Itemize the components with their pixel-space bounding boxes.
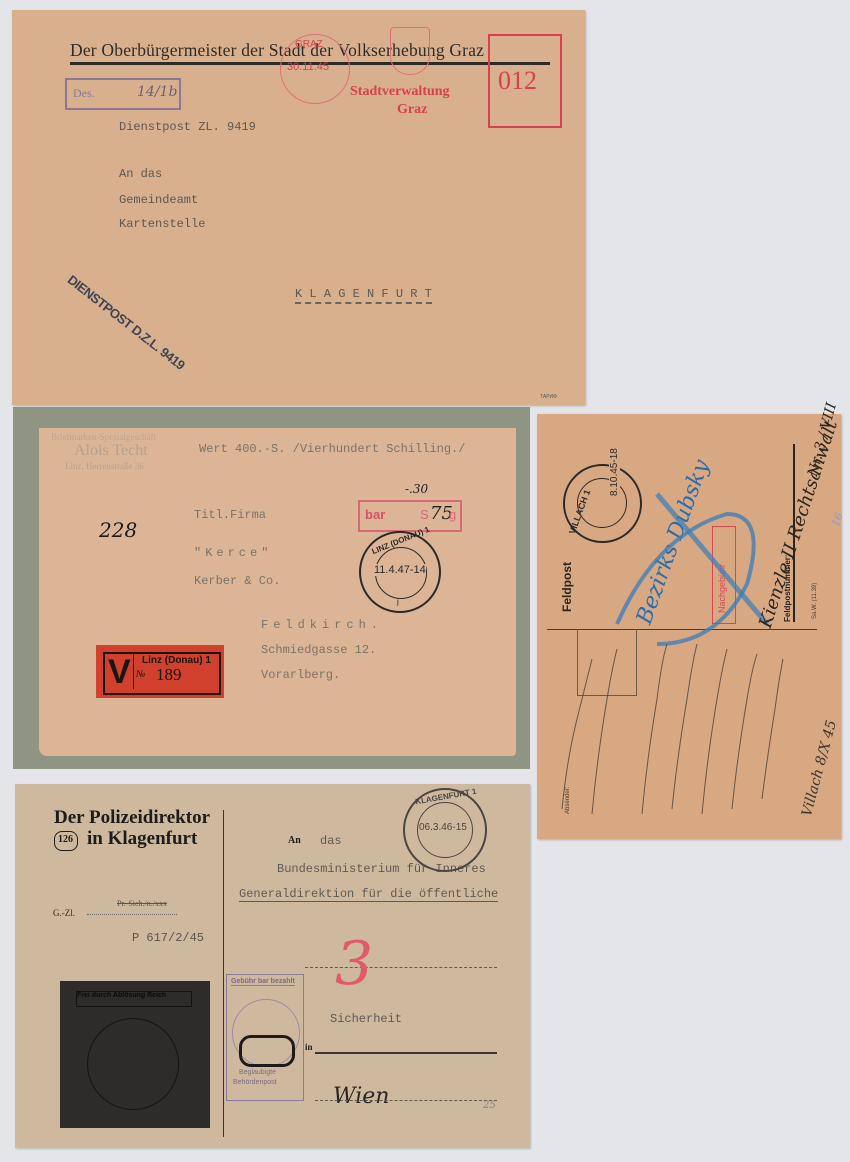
- heading-box-number: 126: [58, 834, 73, 845]
- coat-of-arms-icon: [390, 27, 430, 75]
- salutation-das: das: [320, 834, 342, 848]
- destination-line-3: Vorarlberg.: [261, 668, 340, 682]
- meter-circle: GRAZ 30.11.45: [280, 34, 350, 104]
- purple-stamp-line1: Beglaubigte: [239, 1069, 276, 1076]
- city-handwritten: Wien: [333, 1084, 389, 1109]
- in-label: in: [305, 1042, 313, 1052]
- postage-unit: g: [449, 507, 456, 522]
- postage-handwritten: -.30: [405, 482, 428, 496]
- printer-mark: ТАРИФ: [540, 394, 557, 400]
- city-underline: [315, 1100, 497, 1101]
- recipient-line-2: Generaldirektion für die öffentliche: [239, 887, 498, 902]
- gz-line: [87, 914, 177, 915]
- address-line-empty: [305, 967, 497, 968]
- postmark-date: 06.3.46-15: [419, 822, 467, 833]
- sender-line-1: Briefmarken-Spezialgeschäft: [51, 432, 156, 442]
- meter-value-box: 012: [488, 34, 562, 128]
- reference-line: Dienstpost ZL. 9419: [119, 120, 256, 134]
- gz-value: P 617/2/45: [132, 931, 204, 945]
- heading-line-1: Der Polizeidirektor: [54, 807, 210, 829]
- polizei-envelope: Der Polizeidirektor 126 in Klagenfurt G.…: [15, 784, 530, 1148]
- sender-line-2: Alois Techt: [74, 442, 148, 460]
- address-line-3: Kartenstelle: [119, 217, 205, 231]
- meter-value: 012: [498, 66, 537, 96]
- address-line-2: Gemeindeamt: [119, 193, 198, 207]
- ref-value: 14/1b: [137, 84, 177, 100]
- gz-label: G.-Zl.: [53, 908, 75, 918]
- heading-line-2: in Klagenfurt: [87, 828, 197, 850]
- city-line: [315, 1052, 497, 1054]
- linz-postmark: LINZ (DONAU) 1 11.4.47-14 j: [359, 531, 441, 613]
- black-frei-stamp: Frei durch Ablösung Reich: [60, 981, 210, 1128]
- dienstpost-stamp: DIENSTPOST D.Z.L. 9419: [65, 272, 188, 373]
- salutation-an: An: [288, 835, 301, 846]
- ref-label: Des.: [73, 86, 95, 101]
- reference-box: Des. 14/1b: [65, 78, 181, 110]
- bar-label: bar: [365, 507, 385, 522]
- v-label-number: 189: [156, 665, 182, 685]
- klagenfurt-postmark: KLAGENFURT 1 06.3.46-15: [403, 788, 487, 872]
- destination-line-2: Schmiedgasse 12.: [261, 643, 376, 657]
- form-code: Sa.W. (11.39): [812, 583, 818, 619]
- postage-paid-box: bar S 75 g: [358, 500, 462, 532]
- meter-text-1: Stadtverwaltung: [350, 84, 450, 100]
- black-stamp-text: Frei durch Ablösung Reich: [76, 991, 192, 1007]
- feldpostnummer-line: [793, 444, 795, 622]
- meter-city: GRAZ: [295, 39, 323, 50]
- v-letter: V: [108, 652, 131, 692]
- v-label-number-prefix: №: [136, 669, 145, 680]
- meter-text-2: Graz: [397, 102, 427, 118]
- v-label: V Linz (Donau) 1 № 189: [96, 645, 224, 698]
- postmark-date: 11.4.47-14: [374, 564, 426, 576]
- linz-envelope: Briefmarken-Spezialgeschäft Alois Techt …: [39, 428, 516, 756]
- gz-struck: Pr.-Sich./n./xxx: [117, 899, 167, 908]
- recipient-line-3: Kerber & Co.: [194, 574, 280, 588]
- purple-stamp-line2: Behördenpost: [233, 1079, 277, 1086]
- oval-mark: [239, 1035, 295, 1067]
- heading-box: 126: [54, 831, 78, 851]
- value-declaration: Wert 400.-S. /Vierhundert Schilling./: [199, 442, 465, 456]
- feldpost-card: 8.10.45-18 VILLACH 1 Feldpost Nachgebühr…: [537, 414, 841, 839]
- recipient-line-3: Sicherheit: [330, 1012, 402, 1026]
- currency-sign: S: [420, 507, 429, 522]
- destination-city: K L A G E N F U R T: [295, 287, 432, 304]
- red-mark: 3: [335, 934, 373, 994]
- graz-envelope: Der Oberbürgermeister der Stadt der Volk…: [12, 10, 585, 405]
- purple-stamp-top: Gebühr bar bezahlt: [231, 978, 295, 986]
- recipient-line-1: Titl.Firma: [194, 508, 266, 522]
- address-line-1: An das: [119, 167, 162, 181]
- vertical-divider: [223, 810, 224, 1137]
- sender-line-3: Linz, Herrenstraße 36: [65, 461, 144, 471]
- feldpost-label: Feldpost: [560, 562, 574, 612]
- postmark-code: j: [397, 597, 399, 606]
- recipient-line-2: "Kerce": [194, 546, 272, 560]
- pencil-corner: 25: [483, 1100, 496, 1111]
- handwritten-message: [547, 639, 807, 829]
- pencil-note: 16: [829, 511, 846, 529]
- feldpostnummer-label: Feldpostnummer:: [783, 554, 792, 622]
- eagle-seal-icon: [87, 1018, 179, 1110]
- meter-date: 30.11.45: [287, 61, 329, 73]
- destination-line-1: Feldkirch.: [261, 618, 383, 632]
- handwritten-number: 228: [99, 518, 137, 542]
